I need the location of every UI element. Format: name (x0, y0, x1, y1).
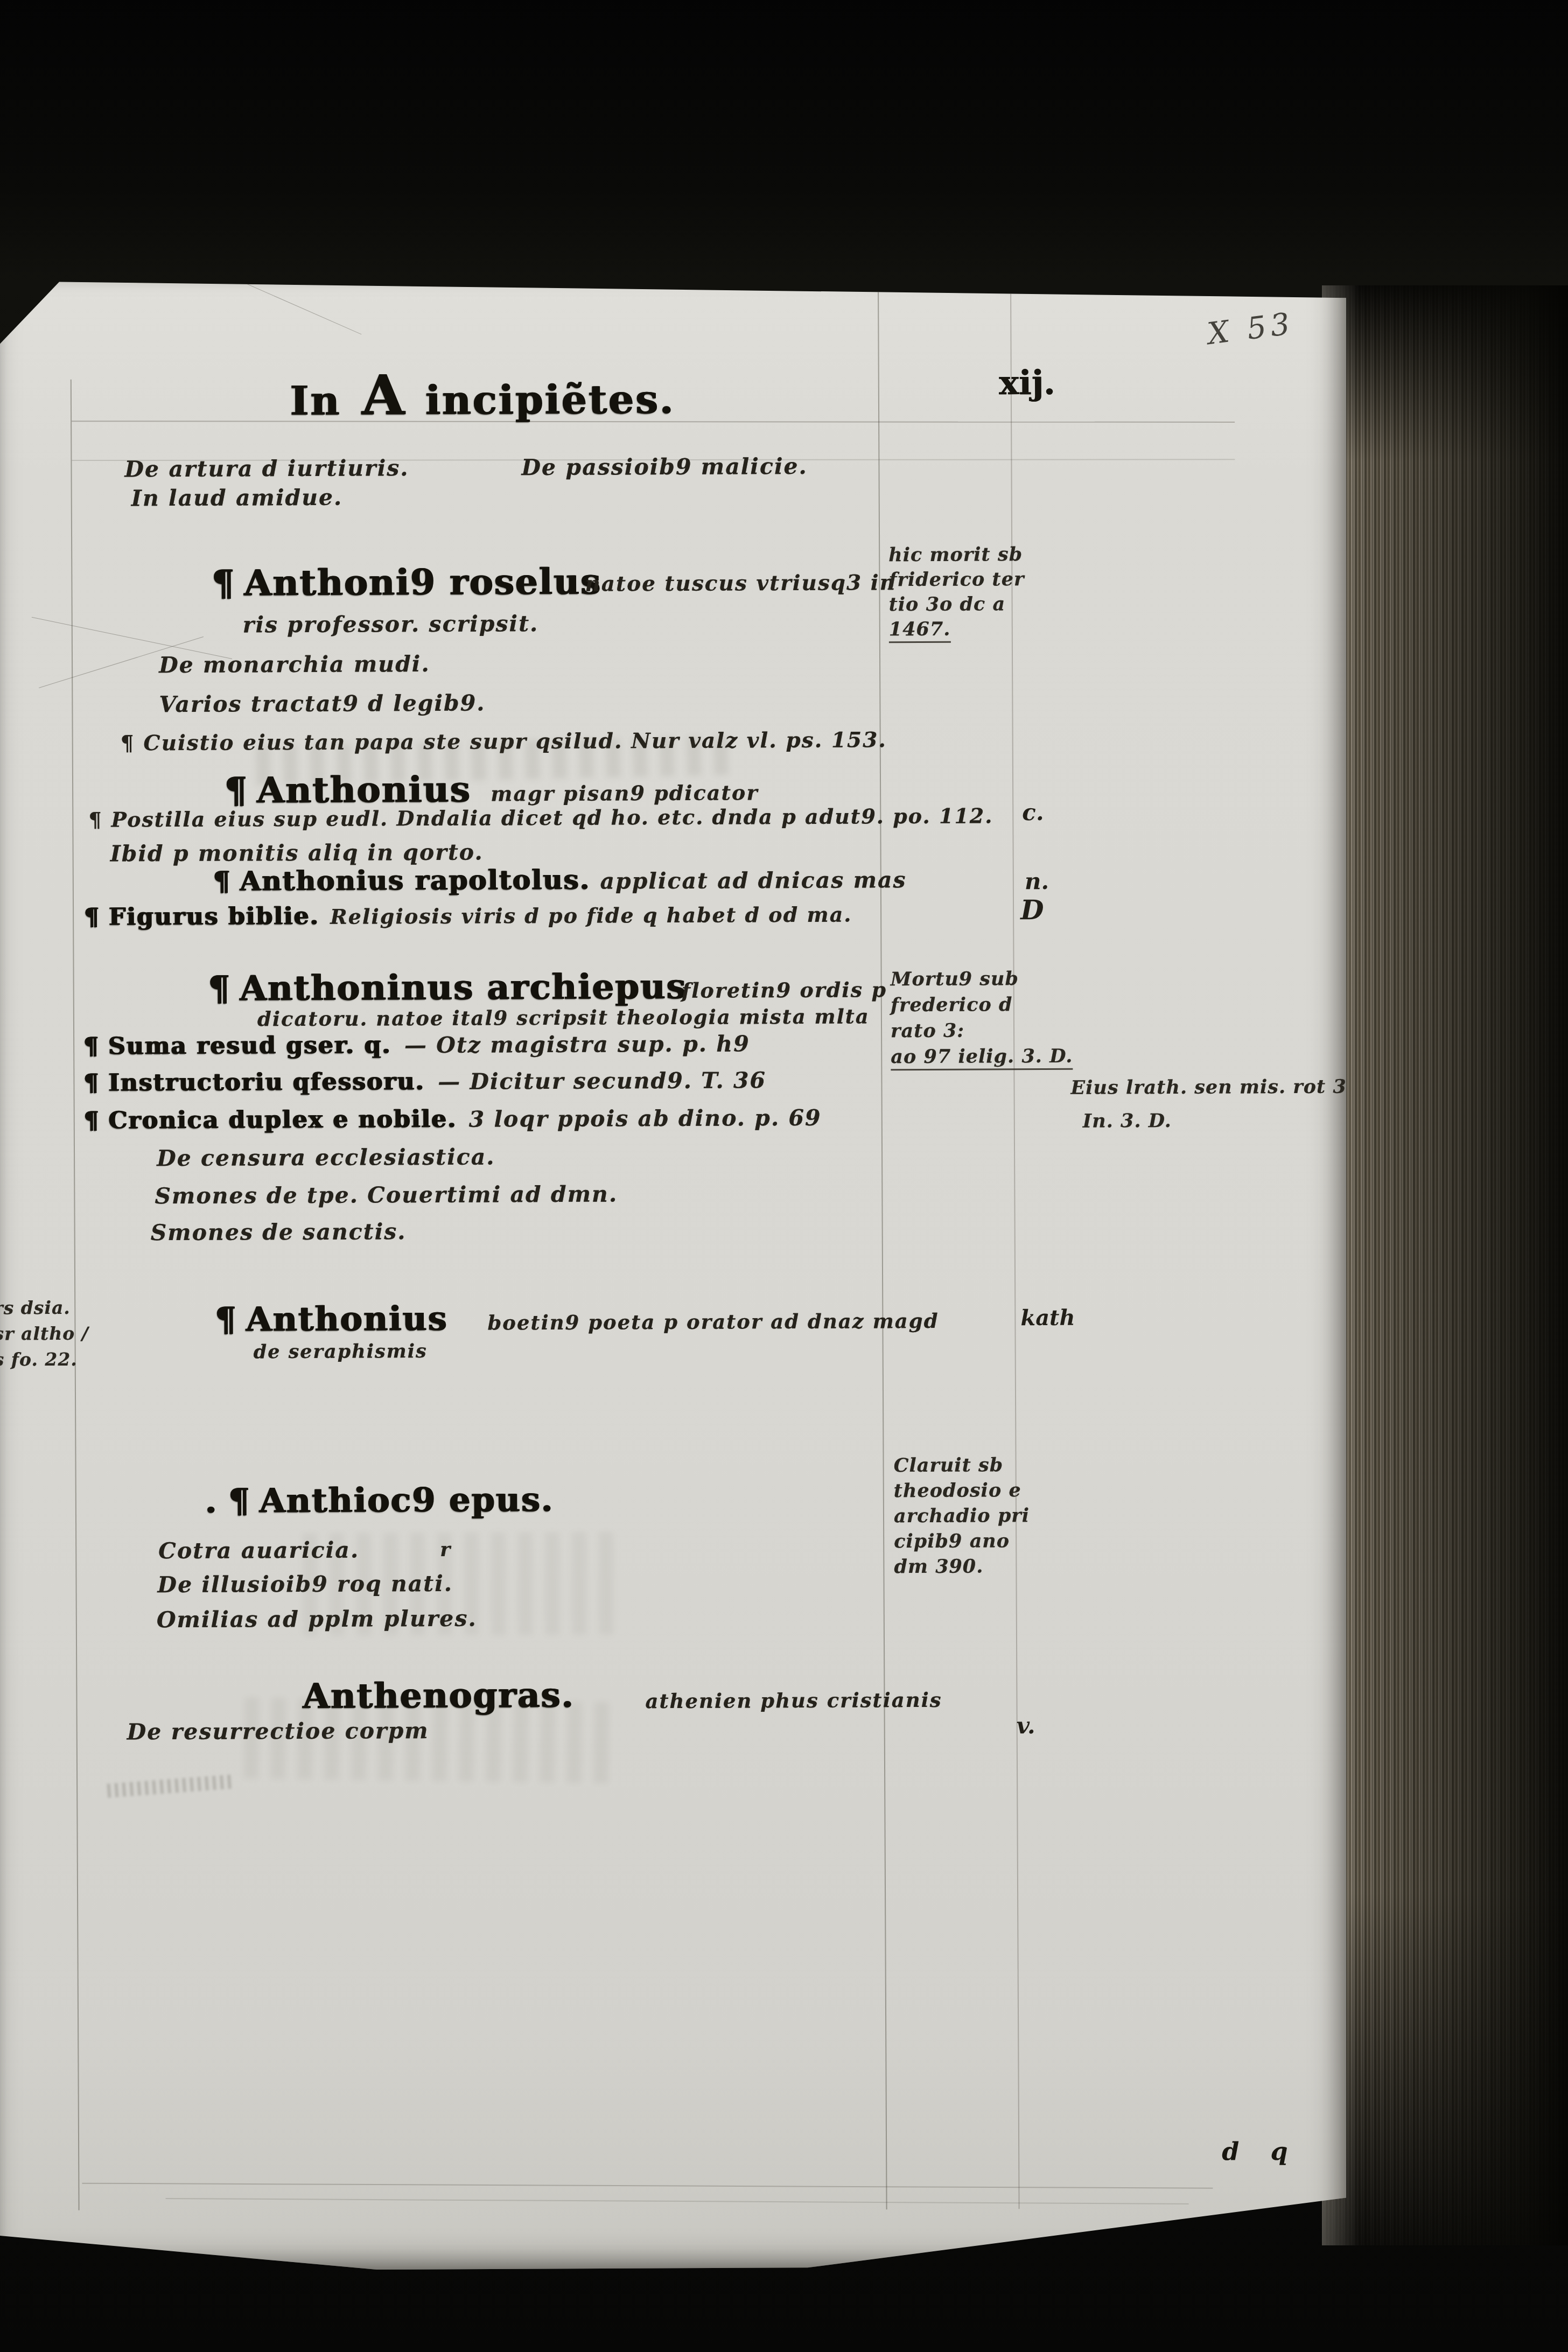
section-5-heading: .¶Anthioc9 epus. (205, 1480, 554, 1521)
section-4-left-margin-note: rs dsia. sr altho / s fo. 22. (0, 1295, 67, 1373)
section-1-line: De monarchia mudi. (159, 651, 430, 678)
section-4-ref-label: kath (1020, 1305, 1075, 1331)
scratch-line (233, 278, 361, 335)
scratch-line (32, 617, 232, 659)
pilcrow-icon: ¶ (228, 1481, 259, 1520)
section-3-line: ¶Cronica duplex e nobile. 3 loqr ppois a… (83, 1104, 822, 1135)
margin-line: rs dsia. (0, 1295, 66, 1321)
pilcrow-icon: ¶ (88, 808, 111, 832)
section-3-heading: ¶Anthoninus archiepus (208, 967, 687, 1009)
pilcrow-icon: ¶ (208, 969, 240, 1009)
column-divider-rule (878, 279, 887, 2209)
section-1-line: ris professor. scripsit. (243, 611, 539, 638)
section-3-line: ¶Instructoriu qfessoru. — Dicitur secund… (83, 1066, 766, 1097)
pilcrow-icon: ¶ (121, 731, 144, 755)
left-margin-rule (71, 380, 80, 2210)
book-fore-edge-texture (1322, 285, 1568, 2245)
photograph-background: In A incipiẽtes. xij. X 53 De artura d i… (0, 0, 1568, 2352)
heading-dot: . (205, 1481, 228, 1521)
author-name: Anthoni9 roselus (243, 561, 601, 604)
pilcrow-icon: ¶ (213, 865, 240, 897)
pilcrow-icon: ¶ (83, 904, 108, 931)
pilcrow-icon: ¶ (211, 562, 243, 604)
section-3-margin-note: Mortu9 sub frederico d rato 3: ao 97 iel… (891, 966, 1073, 1070)
margin-line: sr altho / (0, 1321, 67, 1347)
margin-line: Claruit sb (893, 1452, 1029, 1478)
margin-line: archadio pri (894, 1503, 1030, 1529)
margin-line: tio 3o dc a (889, 592, 1025, 617)
section-2-line: Ibid p monitis aliq in qorto. (110, 839, 484, 867)
margin-line: cipib9 ano (894, 1528, 1030, 1554)
section-2-ref-label: n. (1025, 868, 1049, 894)
section-3-line: ¶Suma resud gser. q. — Otz magistra sup.… (83, 1030, 750, 1060)
bottom-rule-1 (82, 2183, 1213, 2189)
section-4-heading: ¶Anthonius (214, 1299, 447, 1339)
work-title: Suma resud gser. q. (108, 1031, 391, 1060)
title-suffix: incipiẽtes. (425, 376, 675, 424)
section-4-heading-desc: boetin9 poeta p orator ad dnaz magd (487, 1309, 939, 1335)
catchword: d q (1222, 2137, 1288, 2166)
pilcrow-icon: ¶ (214, 1299, 246, 1339)
author-name: Anthonius rapoltolus. (240, 864, 590, 897)
pilcrow-icon: ¶ (83, 1069, 108, 1097)
page-content: In A incipiẽtes. xij. X 53 De artura d i… (0, 269, 1350, 2273)
section-3-line: Smones de tpe. Couertimi ad dmn. (155, 1181, 618, 1209)
section-4-line: de seraphismis (254, 1340, 428, 1363)
manuscript-page: In A incipiẽtes. xij. X 53 De artura d i… (0, 272, 1346, 2270)
title-initial-A: A (356, 363, 410, 428)
small-scribble (107, 1774, 234, 1797)
margin-line: 1467. (889, 617, 1025, 642)
ink-showthrough (303, 1532, 626, 1636)
ink-showthrough (244, 1697, 622, 1783)
section-1-heading-desc: natoe tuscus vtriusq3 in (585, 570, 896, 597)
section-3-heading-desc2: dicatoru. natoe ital9 scripsit theologia… (257, 1004, 870, 1031)
pilcrow-icon: ¶ (83, 1107, 108, 1135)
section-1-heading: ¶Anthoni9 roselus (211, 561, 601, 604)
title-prefix: In (290, 378, 341, 424)
section-3-line: De censura ecclesiastica. (157, 1144, 495, 1171)
section-6-heading-desc: athenien phus cristianis (645, 1688, 942, 1713)
section-3-margin-note-2: Eius lrath. sen mis. rot 3. V. (1070, 1075, 1380, 1099)
author-name: Anthioc9 epus. (259, 1480, 554, 1520)
section-2-ref-label: D (1020, 894, 1044, 926)
margin-line: frederico d (891, 992, 1073, 1018)
margin-line: hic morit sb (888, 542, 1024, 568)
section-2-heading-desc: magr pisan9 pdicator (491, 780, 758, 806)
section-2-line: ¶Postilla eius sup eudl. Dndalia dicet q… (88, 803, 993, 831)
section-2-ref-label: c. (1022, 799, 1044, 825)
margin-line: dm 390. (894, 1553, 1030, 1579)
author-name: Anthonius (246, 1299, 447, 1339)
section-1-line: Varios tractat9 d legib9. (159, 690, 485, 718)
margin-line: ao 97 ielig. 3. D. (891, 1044, 1073, 1070)
intro-line-1-col1: De artura d iurtiuris. (124, 455, 409, 482)
section-3-margin-note-3: In. 3. D. (1083, 1110, 1172, 1132)
pencil-mark: X 53 (1206, 306, 1296, 352)
section-3-heading-desc: floretin9 ordis p (682, 977, 887, 1003)
section-6-ref-label: v. (1017, 1712, 1035, 1739)
work-title: Cronica duplex e nobile. (108, 1105, 457, 1135)
margin-line: rato 3: (891, 1018, 1073, 1044)
work-title: Instructoriu qfessoru. (108, 1068, 424, 1097)
intro-line-1-col2: De passioib9 malicie. (521, 453, 807, 480)
bottom-rule-2 (166, 2198, 1189, 2204)
section-2-line: ¶Figurus biblie. Religiosis viris d po f… (83, 900, 852, 931)
section-2-line: ¶Anthonius rapoltolus. applicat ad dnica… (213, 862, 907, 897)
author-name: Anthoninus archiepus (239, 967, 687, 1009)
folio-number: xij. (999, 363, 1055, 402)
margin-line: friderico ter (888, 567, 1024, 592)
margin-line: theodosio e (894, 1478, 1030, 1503)
section-3-line: Smones de sanctis. (151, 1219, 407, 1245)
pilcrow-icon: ¶ (83, 1033, 108, 1060)
margin-line: s fo. 22. (0, 1347, 67, 1373)
pilcrow-icon: ¶ (224, 769, 256, 811)
work-title: Figurus biblie. (108, 902, 319, 931)
section-5-margin-note: Claruit sb theodosio e archadio pri cipi… (893, 1452, 1030, 1579)
section-1-margin-note: hic morit sb friderico ter tio 3o dc a 1… (888, 542, 1025, 642)
margin-line: Mortu9 sub (891, 966, 1073, 992)
page-title: In A incipiẽtes. (290, 362, 675, 428)
intro-line-2: In laud amidue. (131, 485, 343, 512)
